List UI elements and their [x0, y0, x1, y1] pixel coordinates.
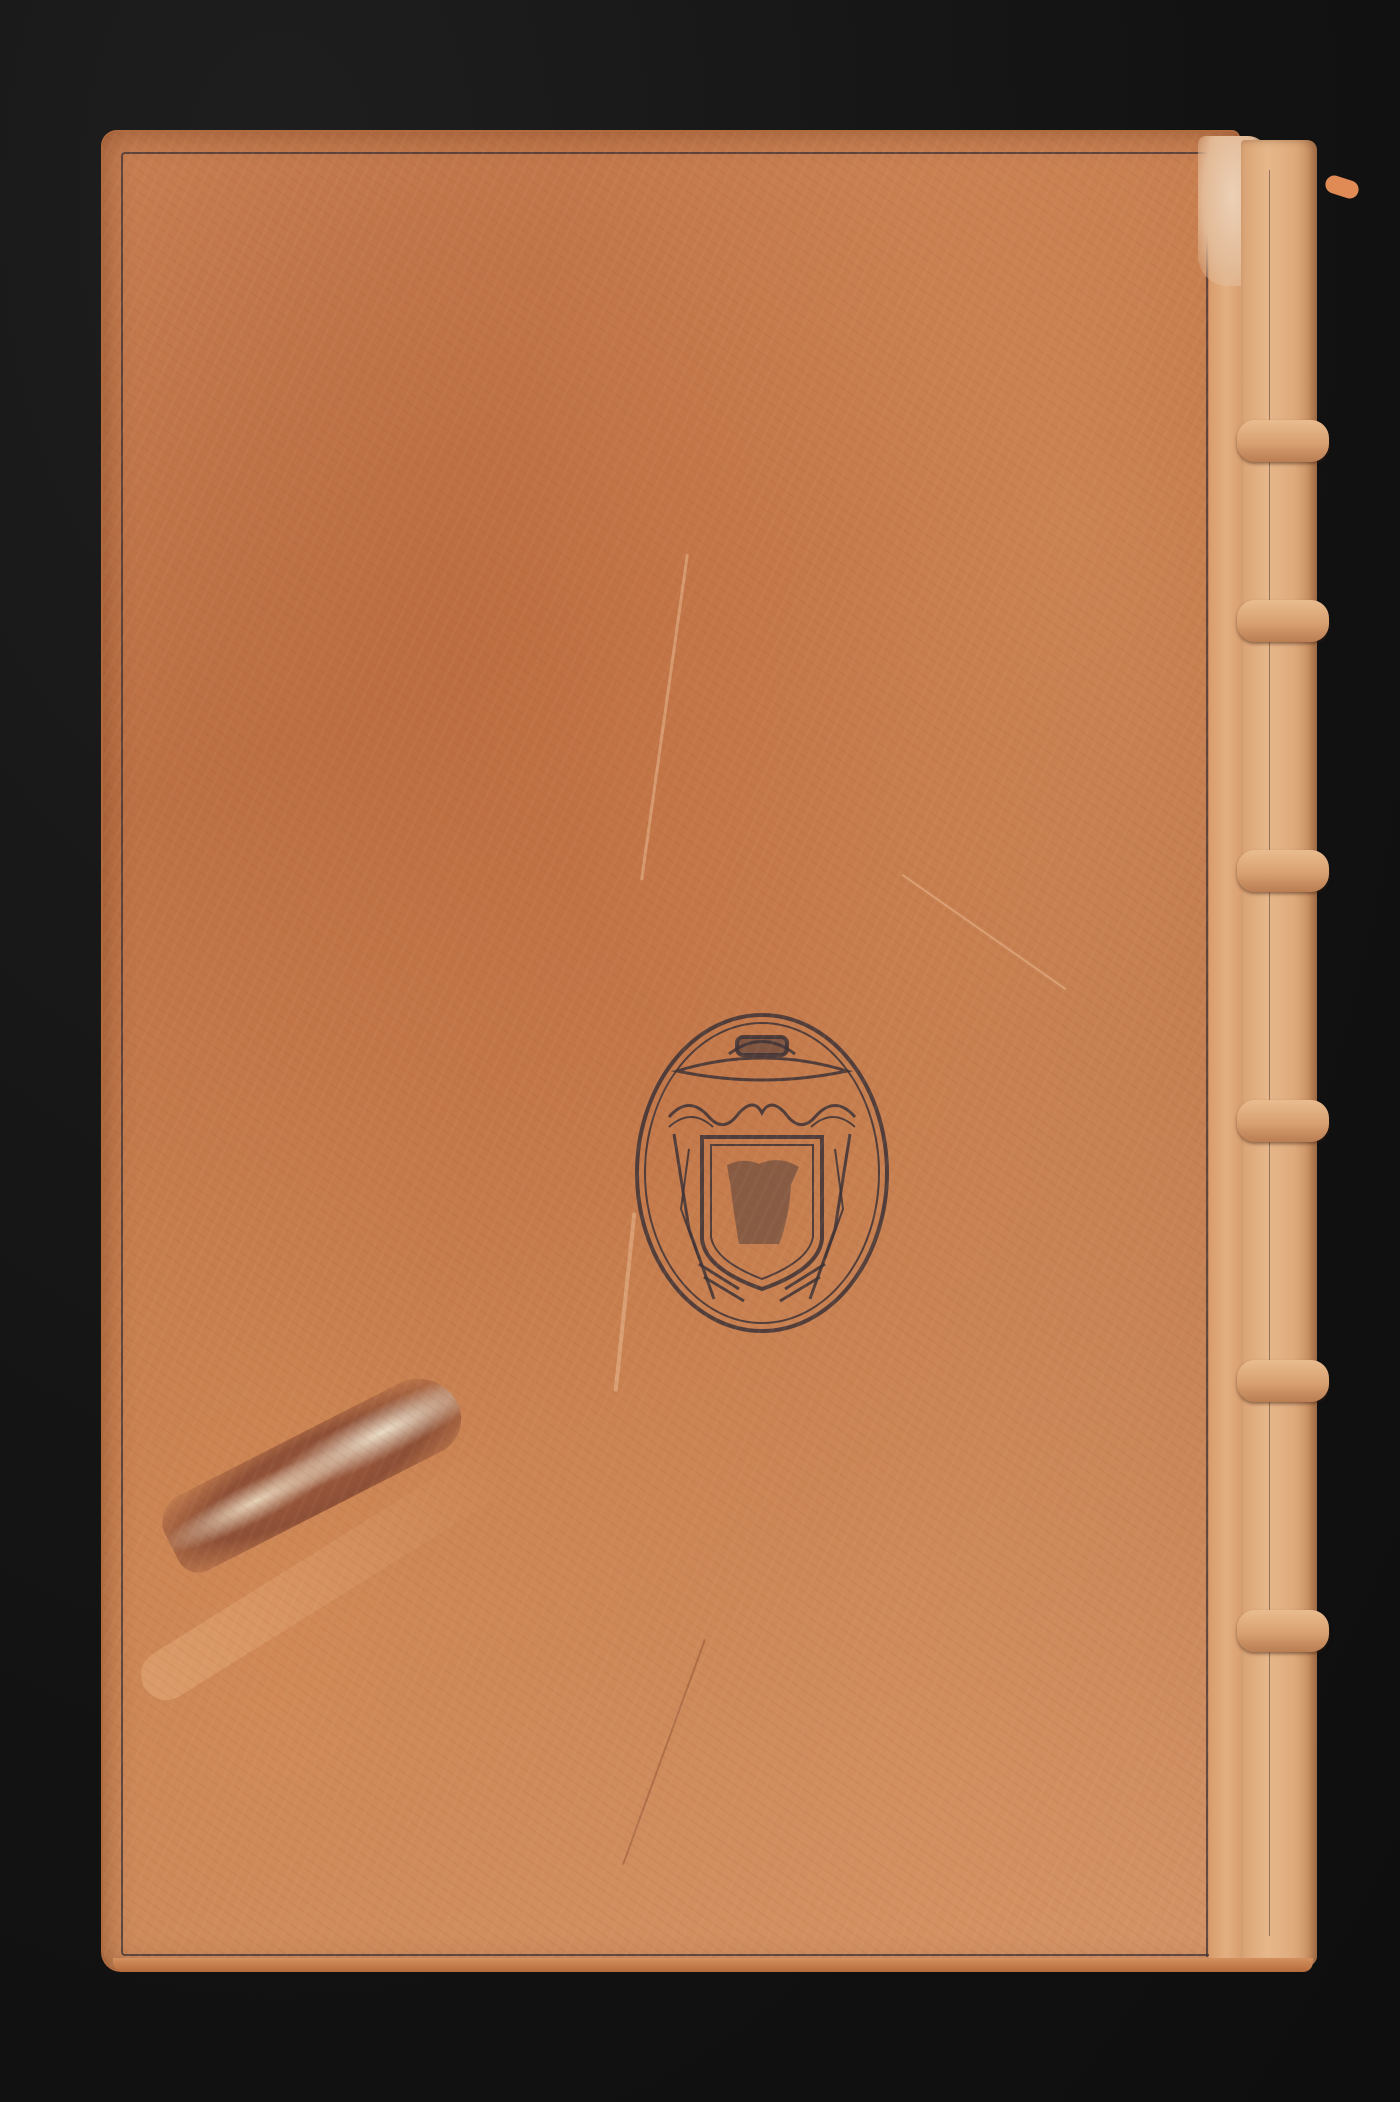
coat-of-arms-icon [629, 1009, 895, 1337]
spine-band [1237, 1100, 1329, 1142]
spine-band [1237, 850, 1329, 892]
spine-band [1237, 1360, 1329, 1402]
spine [1241, 140, 1317, 1966]
coat-of-arms-stamp [629, 1009, 895, 1337]
cover-turn-in [1209, 138, 1244, 1968]
spine-band [1237, 600, 1329, 642]
bottom-edge [113, 1958, 1313, 1972]
fillet-border-right [1206, 152, 1208, 1957]
book [103, 132, 1333, 1972]
spine-band [1237, 1610, 1329, 1652]
leather-cover [103, 132, 1238, 1970]
spine-band [1237, 420, 1329, 462]
